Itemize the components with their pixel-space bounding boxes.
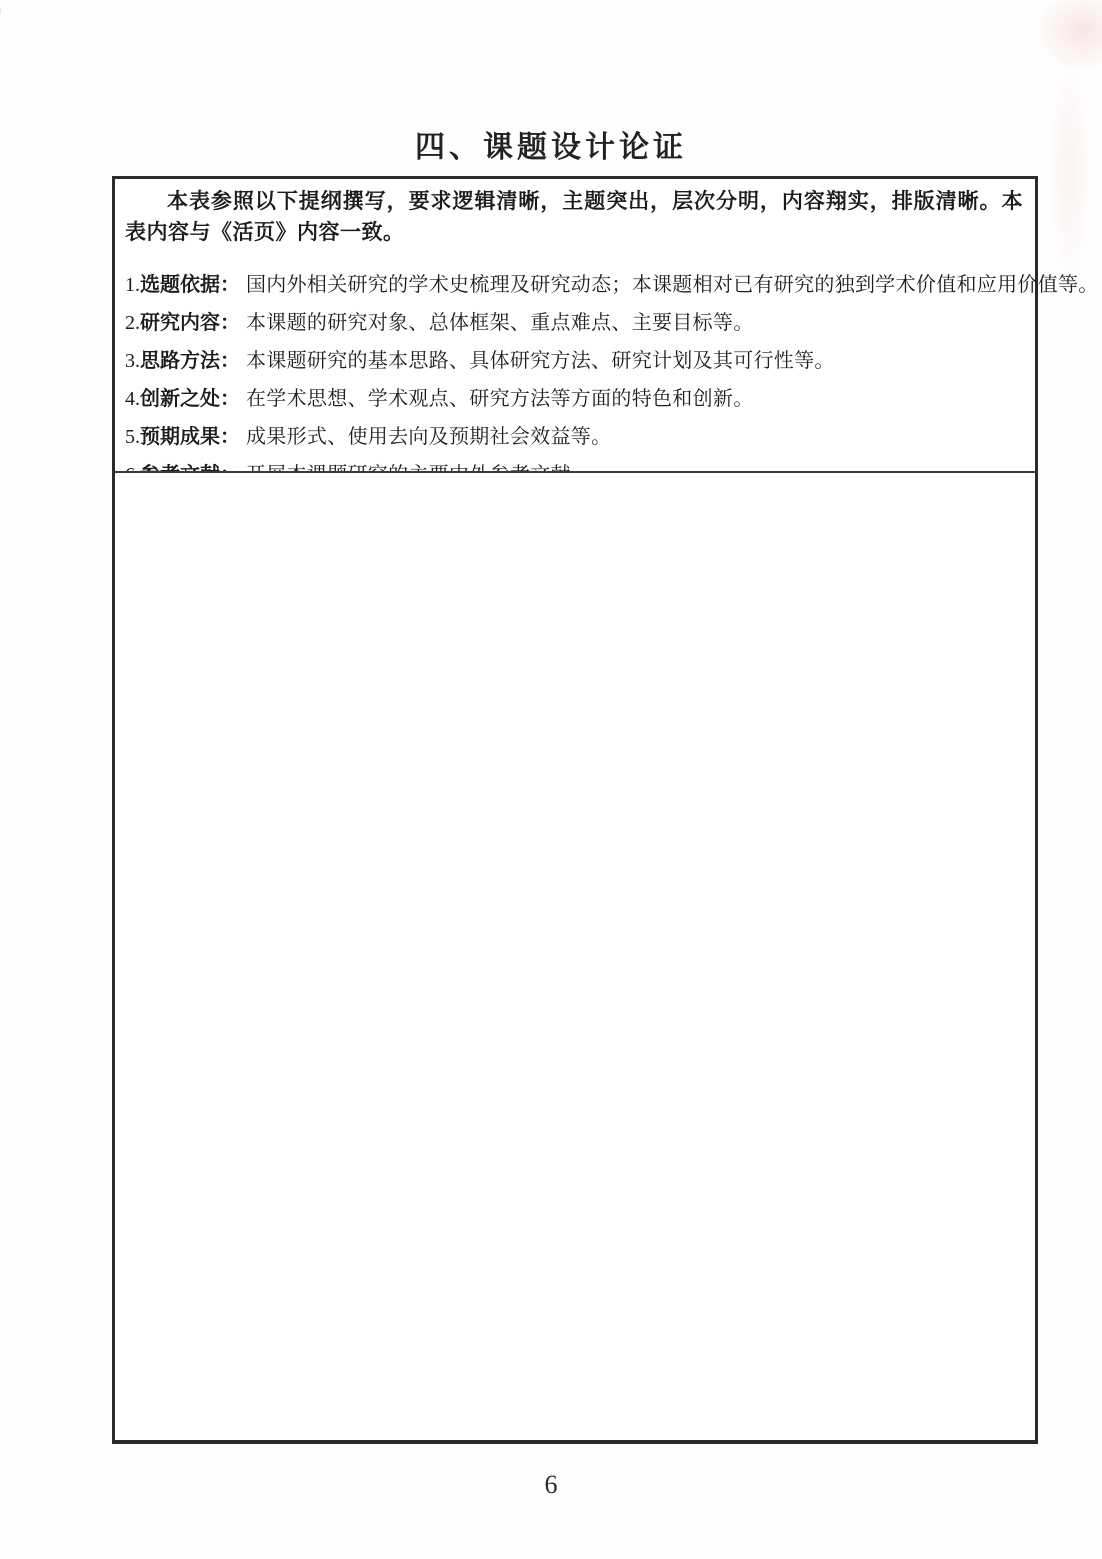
- guideline-label: 创新之处：: [140, 388, 240, 410]
- guideline-description: 在学术思想、学术观点、研究方法等方面的特色和创新。: [246, 388, 754, 410]
- section-title: 四、课题设计论证: [0, 122, 1102, 166]
- guideline-item: 4.创新之处：在学术思想、学术观点、研究方法等方面的特色和创新。: [125, 388, 1023, 411]
- scan-scratch-artifact: [0, 8, 2, 53]
- empty-writing-area: [115, 473, 1035, 1440]
- guideline-item: 1.选题依据：国内外相关研究的学术史梳理及研究动态；本课题相对已有研究的独到学术…: [125, 274, 1023, 297]
- guideline-number: 4.: [125, 388, 140, 410]
- guideline-description: 本课题的研究对象、总体框架、重点难点、主要目标等。: [246, 312, 754, 334]
- instructions-block: 本表参照以下提纲撰写，要求逻辑清晰，主题突出，层次分明，内容翔实，排版清晰。本表…: [115, 179, 1035, 487]
- guideline-item: 5.预期成果：成果形式、使用去向及预期社会效益等。: [125, 426, 1023, 449]
- guideline-label: 预期成果：: [140, 426, 240, 448]
- guideline-number: 3.: [125, 350, 140, 372]
- guideline-label: 思路方法：: [140, 350, 240, 372]
- guideline-number: 1.: [125, 274, 140, 296]
- guideline-number: 2.: [125, 312, 140, 334]
- guideline-description: 本课题研究的基本思路、具体研究方法、研究计划及其可行性等。: [246, 350, 835, 372]
- form-box: 本表参照以下提纲撰写，要求逻辑清晰，主题突出，层次分明，内容翔实，排版清晰。本表…: [112, 176, 1038, 1444]
- guideline-description: 国内外相关研究的学术史梳理及研究动态；本课题相对已有研究的独到学术价值和应用价值…: [246, 274, 1099, 296]
- guideline-item: 2.研究内容：本课题的研究对象、总体框架、重点难点、主要目标等。: [125, 312, 1023, 335]
- guidelines-list: 1.选题依据：国内外相关研究的学术史梳理及研究动态；本课题相对已有研究的独到学术…: [125, 274, 1023, 487]
- guideline-number: 5.: [125, 426, 140, 448]
- guideline-label: 研究内容：: [140, 312, 240, 334]
- guideline-description: 成果形式、使用去向及预期社会效益等。: [246, 426, 611, 448]
- intro-paragraph: 本表参照以下提纲撰写，要求逻辑清晰，主题突出，层次分明，内容翔实，排版清晰。本表…: [125, 186, 1023, 248]
- guideline-item: 3.思路方法：本课题研究的基本思路、具体研究方法、研究计划及其可行性等。: [125, 350, 1023, 373]
- guideline-label: 选题依据：: [140, 274, 240, 296]
- page-number: 6: [0, 1470, 1102, 1500]
